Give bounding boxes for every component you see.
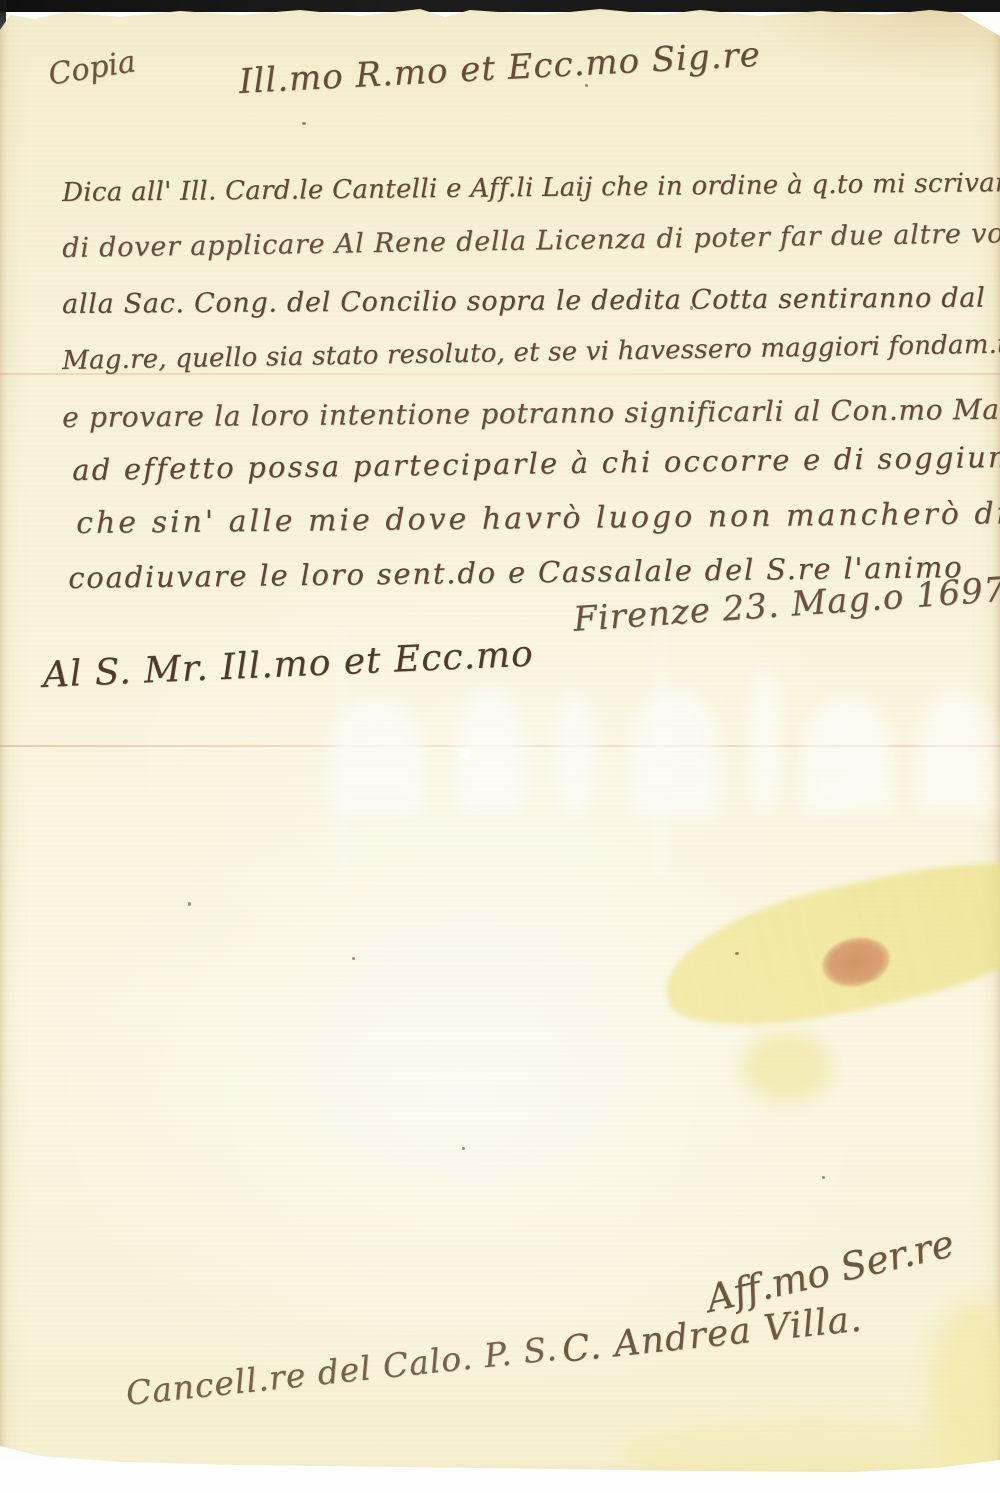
fold-crease-lower [0, 745, 1000, 747]
body-line: di dover applicare Al Rene della Licenza… [62, 218, 1000, 264]
body-line: Mag.re, quello sia stato resoluto, et se… [62, 329, 1000, 376]
paper-bright-fleck [458, 748, 472, 758]
body-line: alla Sac. Cong. del Concilio sopra le de… [62, 283, 986, 320]
scanner-backdrop-top [0, 0, 1000, 12]
ink-speck [302, 122, 306, 125]
address-abbreviation-line: Al S. Mr. Ill.mo et Ecc.mo [42, 634, 535, 696]
copy-annotation: Copia [46, 44, 138, 92]
ink-speck [352, 957, 355, 960]
body-line: che sin' alle mie dove havrò luogo non m… [76, 496, 1000, 541]
scanned-manuscript-page: { "letter": { "copy_annotation": "Copia"… [0, 0, 1000, 1493]
ink-speck [735, 952, 739, 955]
watermark-ghost-shape [555, 695, 595, 815]
watermark-ghost-shape [748, 668, 782, 813]
ink-speck [822, 1176, 825, 1179]
body-line: Dica all' Ill. Card.le Cantelli e Aff.li… [62, 168, 1000, 208]
paper-tanned-corner [730, 10, 1000, 80]
yellow-stain-band [651, 833, 1000, 1052]
vertical-fold-right [655, 628, 665, 878]
ink-speck [585, 84, 588, 87]
watermark-ghost-shape [800, 695, 895, 815]
body-line: e provare la loro intentione potranno si… [62, 392, 1000, 434]
body-line: ad effetto possa parteciparle à chi occo… [72, 439, 1000, 487]
docket-note: Cancell.re del Calo. P. S. [124, 1329, 559, 1413]
watermark-ghost-shape [915, 690, 995, 815]
stain-tail-patch [742, 1032, 832, 1102]
manuscript-paper-sheet: Copia Ill.mo R.mo et Ecc.mo Sig.re Dica … [0, 0, 1000, 1478]
ink-speck [462, 1147, 465, 1150]
watermark-ghost-shape [630, 690, 720, 815]
ink-speck [188, 902, 191, 906]
salutation-line: Ill.mo R.mo et Ecc.mo Sig.re [238, 35, 762, 102]
